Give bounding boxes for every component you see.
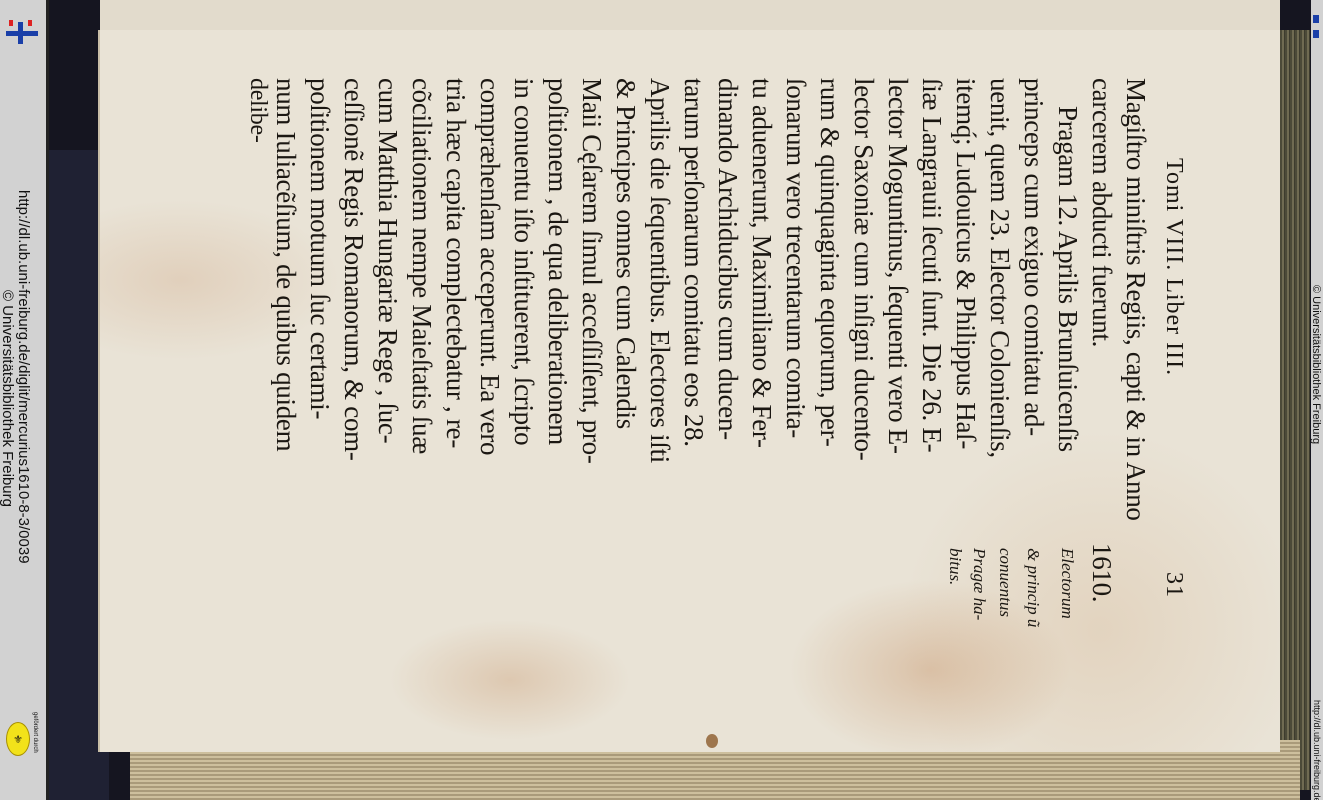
text-line: tarum perſonarum comitatu eos 28.	[678, 78, 709, 447]
text-line: Magiſtro miniſtris Regiis, capti & in An…	[1120, 78, 1151, 521]
page-text-block: Tomi VIII. Liber III. 31 Magiſtro miniſt…	[247, 78, 1187, 778]
text-line: cum Matthia Hungariæ Rege , ſuc-	[372, 78, 403, 443]
running-head-title: Tomi VIII. Liber III.	[1160, 158, 1187, 376]
text-line: itemq́; Ludouicus & Philippus Haſ-	[950, 78, 981, 449]
viewer-left-sidebar: http://dl.ub.uni-freiburg.de/diglit/merc…	[0, 0, 49, 800]
text-line: dinando Archiducibus cum ducen-	[712, 78, 743, 440]
margin-note: Electorum	[1057, 548, 1077, 619]
text-line: Pragam 12. Aprilis Brunſuicenſis	[1052, 106, 1083, 452]
text-line: ceſſionẽ Regis Romanorum, & com-	[338, 78, 369, 461]
right-copyright-notice: © Universitätsbibliothek Freiburg	[1310, 285, 1322, 444]
right-logo-icon	[1313, 30, 1319, 38]
margin-note: Pragæ ha-	[969, 548, 989, 620]
permalink-url[interactable]: http://dl.ub.uni-freiburg.de/diglit/merc…	[15, 190, 32, 564]
text-line: carcerem abducti fuerunt.	[1086, 78, 1117, 347]
text-line: & Principes omnes cum Calendis	[610, 78, 641, 429]
text-line: poſitionem , de qua deliberationem	[542, 78, 573, 445]
right-logo-icon	[1313, 15, 1319, 23]
running-head: Tomi VIII. Liber III. 31	[1160, 158, 1187, 598]
right-url[interactable]: http://dl.ub.uni-freiburg.de	[1312, 700, 1322, 800]
text-line: rum & quinquaginta equorum, per-	[814, 78, 845, 447]
text-line: tu aduenerunt, Maximiliano & Fer-	[746, 78, 777, 448]
margin-note: bitus.	[945, 548, 965, 585]
text-line: poſitionem motuum ſuc certami-	[304, 78, 335, 419]
text-line: num Iuliacẽſium, de quibus quidem	[270, 78, 301, 451]
text-line: Maii Cęſarem ſimul acceſſiſſent, pro-	[576, 78, 607, 464]
text-line: Aprilis die ſequentibus. Electores iſti	[644, 78, 675, 463]
text-line: compræhenſam acceperunt. Ea vero	[474, 78, 505, 455]
page-number: 31	[1160, 572, 1187, 598]
university-logo-icon[interactable]	[6, 10, 38, 44]
text-line: ſiæ Langrauii ſecuti ſunt. Die 26. E-	[916, 78, 947, 452]
text-line: tria hæc capita complectebatur , re-	[440, 78, 471, 448]
adjacent-page-edge	[100, 0, 1280, 34]
catchword: delibe-	[244, 78, 271, 143]
funder-seal-icon: ⚜	[6, 722, 30, 756]
text-line: princeps cum exiguo comitatu ad-	[1018, 78, 1049, 436]
margin-note: conuentus	[995, 548, 1015, 617]
text-line: cõciliationem nempe Maieſtatis ſuæ	[406, 78, 437, 454]
copyright-notice: © Universitätsbibliothek Freiburg	[0, 290, 16, 507]
text-line: uenit, quem 23. Elector Colonienſis,	[984, 78, 1015, 458]
year-marginalia: 1610.	[1086, 543, 1117, 602]
text-line: in conuentu iſto inſtituerent, ſcripto	[508, 78, 539, 445]
text-line: ſonarum vero trecentarum comita-	[780, 78, 811, 438]
text-line: lector Saxoniæ cum inſigni ducento-	[848, 78, 879, 460]
funded-by-label: gefördert durch	[32, 712, 38, 753]
margin-note: & princip ũ	[1023, 548, 1043, 627]
text-line: lector Moguntinus, ſequenti vero E-	[882, 78, 913, 454]
